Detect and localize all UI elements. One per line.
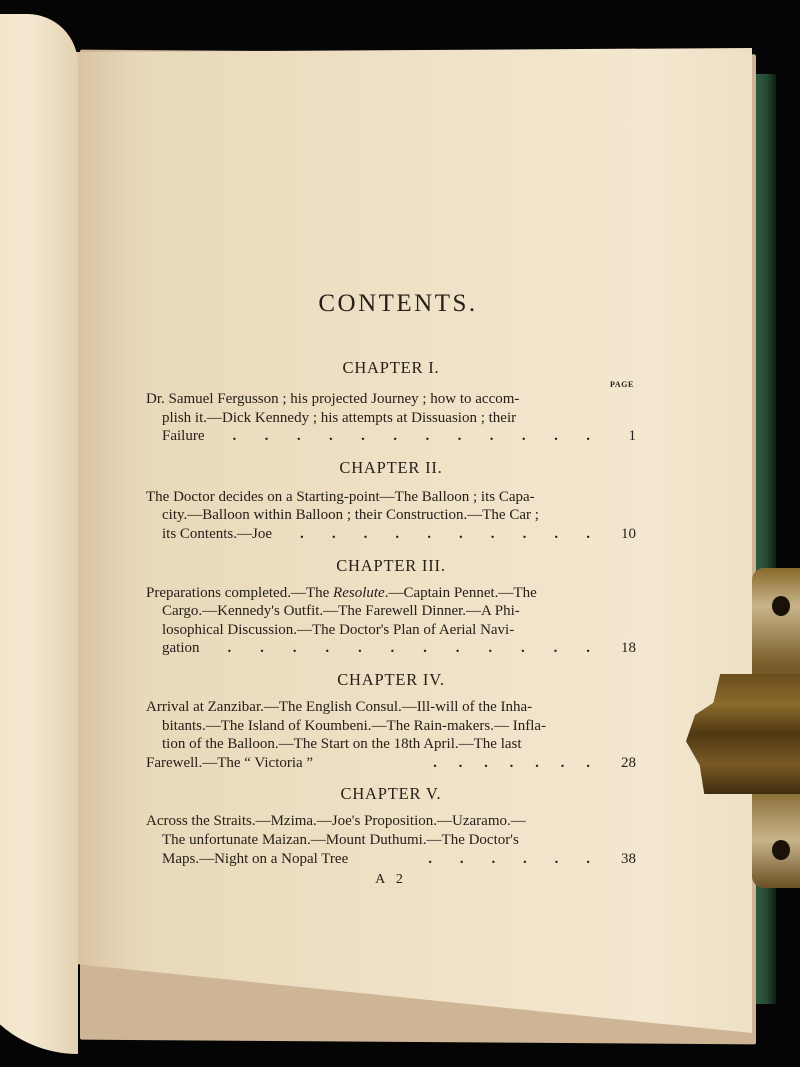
ship-name: Resolute	[333, 585, 385, 601]
clasp-tongue	[686, 674, 800, 794]
summary-last-line: its Contents.—Joe ..........	[146, 525, 590, 544]
page-number: 28	[621, 754, 636, 773]
summary-last-line: gation ............	[146, 639, 590, 658]
summary-line: Dr. Samuel Fergusson ; his projected Jou…	[146, 390, 590, 409]
chapter-heading: CHAPTER III.	[146, 556, 636, 576]
chapter-summary: The Doctor decides on a Starting-point—T…	[146, 488, 636, 544]
page-number: 1	[629, 427, 637, 446]
summary-line: Preparations completed.—The Resolute.—Ca…	[146, 584, 590, 603]
chapter-summary: Dr. Samuel Fergusson ; his projected Jou…	[146, 390, 636, 446]
chapter-summary: Preparations completed.—The Resolute.—Ca…	[146, 584, 636, 658]
brass-clasp-icon	[686, 568, 800, 888]
page-column-label: PAGE	[146, 380, 634, 390]
dot-leader: ............	[228, 639, 591, 658]
summary-last-line: Farewell.—The “ Victoria ” .......	[146, 754, 590, 773]
summary-line: The unfortunate Maizan.—Mount Duthumi.—T…	[146, 831, 590, 850]
summary-line: bitants.—The Island of Koumbeni.—The Rai…	[146, 717, 590, 736]
summary-last-line: Maps.—Night on a Nopal Tree ......	[146, 850, 590, 869]
signature-mark: A 2	[146, 872, 636, 888]
summary-line: its Contents.—Joe	[162, 525, 272, 544]
chapter-entry: CHAPTER II. The Doctor decides on a Star…	[146, 458, 636, 544]
summary-line: plish it.—Dick Kennedy ; his attempts at…	[146, 409, 590, 428]
chapter-heading: CHAPTER IV.	[146, 670, 636, 690]
summary-line: Arrival at Zanzibar.—The English Consul.…	[146, 698, 590, 717]
summary-line: Across the Straits.—Mzima.—Joe's Proposi…	[146, 812, 590, 831]
chapter-entry: CHAPTER IV. Arrival at Zanzibar.—The Eng…	[146, 670, 636, 772]
page-number: 38	[621, 850, 636, 869]
dot-leader: ..........	[300, 525, 590, 544]
page-number: 10	[621, 525, 636, 544]
summary-line: Farewell.—The “ Victoria ”	[146, 754, 313, 773]
page-number: 18	[621, 639, 636, 658]
text-run: Preparations completed.—The	[146, 585, 333, 601]
dot-leader: ............	[233, 427, 591, 446]
chapter-summary: Arrival at Zanzibar.—The English Consul.…	[146, 698, 636, 772]
clasp-rivet-hole	[772, 596, 790, 616]
clasp-rivet-hole	[772, 840, 790, 860]
summary-line: gation	[162, 639, 200, 658]
chapter-entry: CHAPTER V. Across the Straits.—Mzima.—Jo…	[146, 784, 636, 868]
summary-last-line: Failure ............	[146, 427, 590, 446]
page-title: CONTENTS.	[160, 290, 636, 318]
summary-line: losophical Discussion.—The Doctor's Plan…	[146, 621, 590, 640]
chapter-heading: CHAPTER II.	[146, 458, 636, 478]
summary-line: Maps.—Night on a Nopal Tree	[162, 850, 348, 869]
chapter-summary: Across the Straits.—Mzima.—Joe's Proposi…	[146, 812, 636, 868]
table-of-contents: CONTENTS. CHAPTER I. PAGE Dr. Samuel Fer…	[146, 290, 636, 888]
chapter-entry: CHAPTER I. PAGE Dr. Samuel Fergusson ; h…	[146, 358, 636, 446]
summary-line: tion of the Balloon.—The Start on the 18…	[146, 735, 590, 754]
text-run: .—Captain Pennet.—The	[385, 585, 537, 601]
summary-line: The Doctor decides on a Starting-point—T…	[146, 488, 590, 507]
chapter-entry: CHAPTER III. Preparations completed.—The…	[146, 556, 636, 658]
facing-page-curl	[0, 14, 78, 1054]
dot-leader: ......	[428, 850, 590, 869]
summary-line: city.—Balloon within Balloon ; their Con…	[146, 506, 590, 525]
summary-line: Failure	[162, 427, 205, 446]
chapter-heading: CHAPTER V.	[146, 784, 636, 804]
chapter-heading: CHAPTER I.	[146, 358, 636, 378]
summary-line: Cargo.—Kennedy's Outfit.—The Farewell Di…	[146, 602, 590, 621]
dot-leader: .......	[433, 754, 590, 773]
